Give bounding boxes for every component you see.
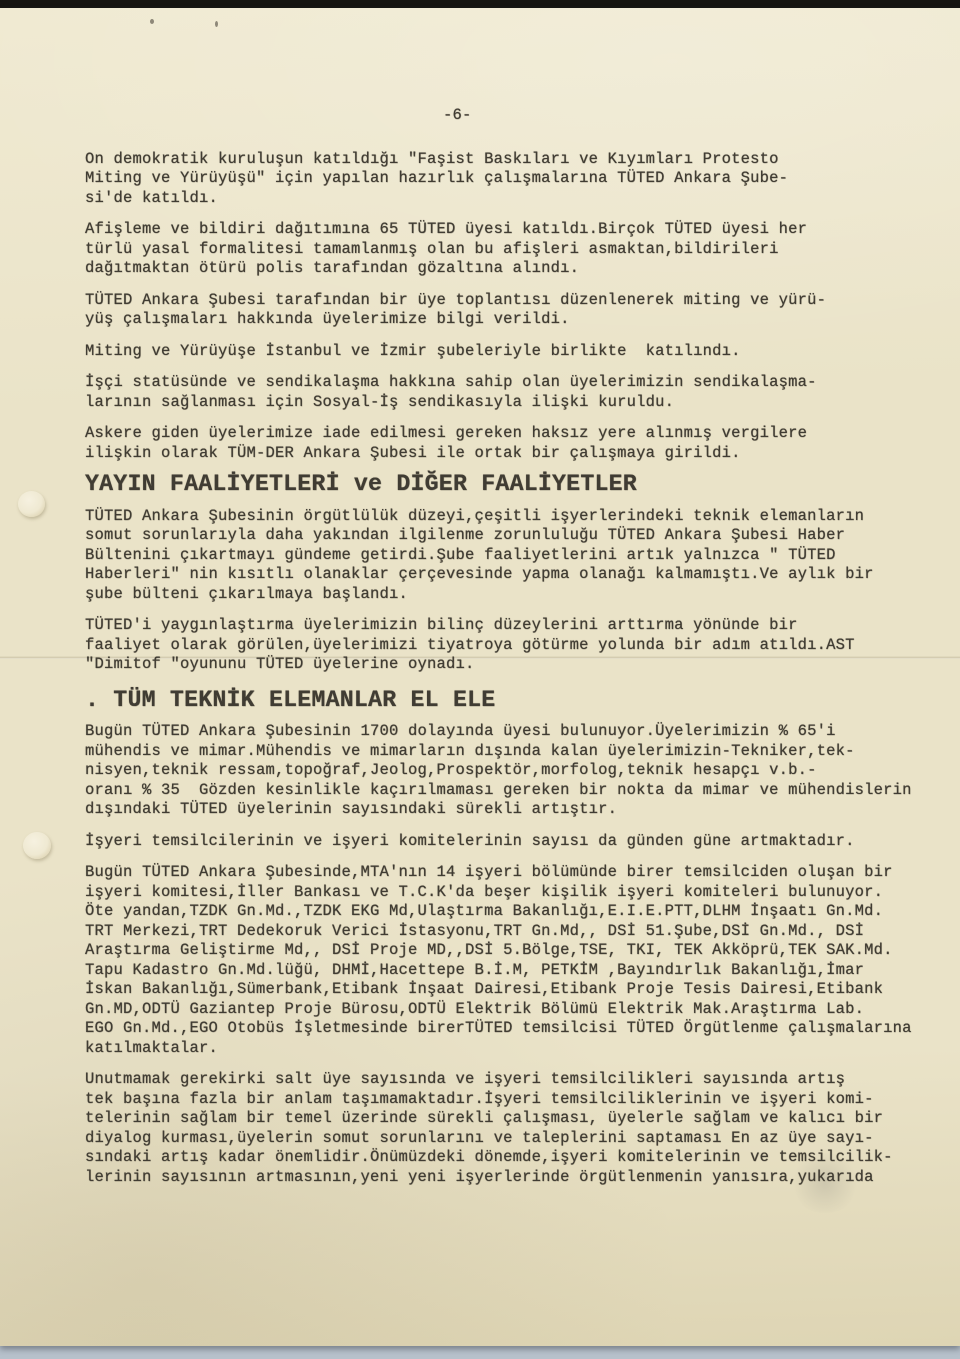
scanned-document: -6- On demokratik kuruluşun katıldığı "F… [0,0,960,1359]
paragraph-unutmamak: Unutmamak gerekirki salt üye sayısında v… [85,1070,940,1187]
paragraph-haber-bulteni: TÜTED Ankara Şubesinin örgütlülük düzeyi… [85,507,940,605]
paragraph-sendikalasma: İşçi statüsünde ve sendikalaşma hakkına … [85,373,940,412]
paragraph-isyeri-temsilcileri: İşyeri temsilcilerinin ve işyeri komitel… [85,832,940,852]
paragraph-askere-giden: Askere giden üyelerimize iade edilmesi g… [85,424,940,463]
paragraph-isyeri-komiteleri-listesi: Bugün TÜTED Ankara Şubesinde,MTA'nın 14 … [85,863,940,1058]
heading-yayin-faaliyetleri: YAYIN FAALİYETLERİ ve DİĞER FAALİYETLER [85,475,940,495]
document-page: -6- On demokratik kuruluşun katıldığı "F… [0,8,960,1346]
paragraph-protest-miting: On demokratik kuruluşun katıldığı "Faşis… [85,150,940,209]
paragraph-uye-sayisi: Bugün TÜTED Ankara Şubesinin 1700 dolayı… [85,722,940,820]
heading-tum-teknik-elemanlar: . TÜM TEKNİK ELEMANLAR EL ELE [85,691,940,711]
paragraph-miting-yuruyus: Miting ve Yürüyüşe İstanbul ve İzmir şub… [85,342,940,362]
paragraph-tiyatro: TÜTED'i yaygınlaştırma üyelerimizin bili… [85,616,940,675]
paragraph-uye-toplantisi: TÜTED Ankara Şubesi tarafından bir üye t… [85,291,940,330]
page-content: -6- On demokratik kuruluşun katıldığı "F… [0,8,960,1187]
paragraph-afisleme: Afişleme ve bildiri dağıtımına 65 TÜTED … [85,220,940,279]
page-number: -6- [85,106,940,126]
